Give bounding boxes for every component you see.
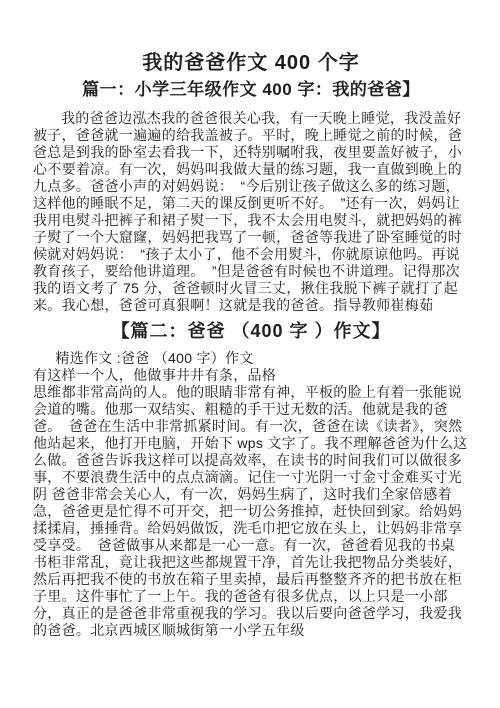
section2-lead-line: 有这样一个人，他做事井井有条，品格: [33, 367, 469, 384]
document-page: 我的爸爸作文 400 个字 篇一：小学三年级作文 400 字：我的爸爸】 我的爸…: [0, 0, 500, 708]
section2-intro-line: 精选作文 :爸爸 （400 字）作文: [33, 350, 469, 367]
document-title: 我的爸爸作文 400 个字: [33, 50, 469, 76]
section1-paragraph: 我的爸爸边泓杰我的爸爸很关心我，有一天晚上睡觉，我没盖好被子，爸爸就一遍遍的给我…: [33, 110, 469, 314]
section2-heading: 【篇二：爸爸 （400 字 ）作文】: [33, 319, 469, 343]
section1-heading: 篇一：小学三年级作文 400 字：我的爸爸】: [33, 79, 469, 101]
section2-paragraph: 思维都非常高尚的人。他的眼睛非常有神，平板的脸上有着一张能说会道的嘴。他那一双结…: [33, 384, 469, 639]
